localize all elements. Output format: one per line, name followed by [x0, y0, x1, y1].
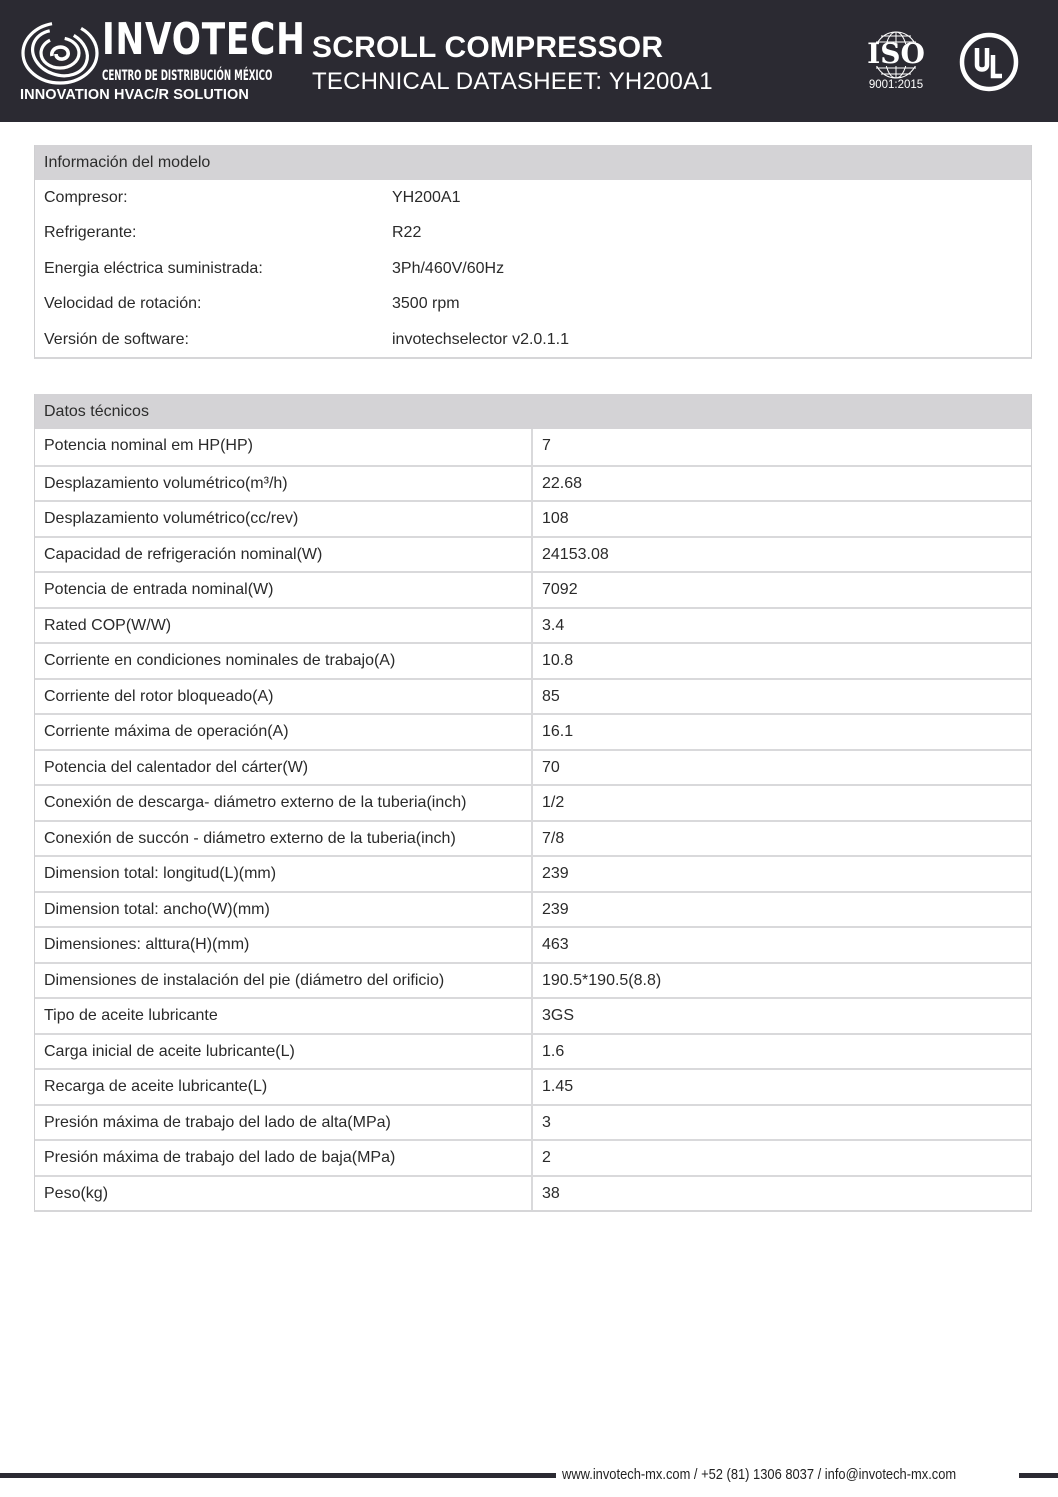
row-value: 3 — [533, 1106, 551, 1140]
brand-name: INVOTECH — [102, 16, 306, 64]
row-label: Recarga de aceite lubricante(L) — [35, 1070, 533, 1104]
row-label: Conexión de succón - diámetro externo de… — [35, 822, 533, 856]
document-title: SCROLL COMPRESSOR — [312, 32, 713, 64]
row-label: Velocidad de rotación: — [35, 295, 392, 313]
row-value: 7/8 — [533, 822, 564, 856]
table-row: Recarga de aceite lubricante(L)1.45 — [35, 1068, 1031, 1104]
row-label: Carga inicial de aceite lubricante(L) — [35, 1035, 533, 1069]
table-row: Corriente máxima de operación(A)16.1 — [35, 713, 1031, 749]
table-row: Carga inicial de aceite lubricante(L)1.6 — [35, 1033, 1031, 1069]
technical-data-heading: Datos técnicos — [35, 394, 1031, 429]
row-label: Rated COP(W/W) — [35, 609, 533, 643]
row-label: Desplazamiento volumétrico(m³/h) — [35, 467, 533, 501]
table-row: Desplazamiento volumétrico(m³/h)22.68 — [35, 465, 1031, 501]
table-row: Corriente en condiciones nominales de tr… — [35, 642, 1031, 678]
table-row: Dimensiones de instalación del pie (diám… — [35, 962, 1031, 998]
document-subtitle: TECHNICAL DATASHEET: YH200A1 — [312, 67, 713, 97]
row-label: Versión de software: — [35, 331, 392, 349]
row-label: Desplazamiento volumétrico(cc/rev) — [35, 502, 533, 536]
page-footer: www.invotech-mx.com / +52 (81) 1306 8037… — [0, 1465, 1058, 1485]
row-label: Potencia del calentador del cárter(W) — [35, 751, 533, 785]
row-value: 85 — [533, 680, 560, 714]
table-row: Conexión de descarga- diámetro externo d… — [35, 784, 1031, 820]
table-row: Refrigerante:R22 — [35, 216, 1031, 252]
row-value: 10.8 — [533, 644, 573, 678]
row-value: 1.45 — [533, 1070, 573, 1104]
row-value: 3Ph/460V/60Hz — [392, 260, 504, 278]
row-value: 24153.08 — [533, 538, 609, 572]
table-row: Dimension total: longitud(L)(mm)239 — [35, 855, 1031, 891]
row-value: 239 — [533, 893, 569, 927]
table-row: Dimensiones: alttura(H)(mm)463 — [35, 926, 1031, 962]
row-value: 22.68 — [533, 467, 582, 501]
swirl-logo-icon — [20, 20, 100, 86]
row-value: 3.4 — [533, 609, 564, 643]
technical-data-table: Datos técnicos Potencia nominal em HP(HP… — [34, 394, 1032, 1212]
row-label: Tipo de aceite lubricante — [35, 999, 533, 1033]
table-row: Rated COP(W/W)3.4 — [35, 607, 1031, 643]
row-value: 38 — [533, 1177, 560, 1211]
table-row: Presión máxima de trabajo del lado de ba… — [35, 1139, 1031, 1175]
row-value: YH200A1 — [392, 189, 461, 207]
row-value: 1.6 — [533, 1035, 564, 1069]
row-value: 7092 — [533, 573, 578, 607]
row-label: Energia eléctrica suministrada: — [35, 260, 392, 278]
table-row: Versión de software:invotechselector v2.… — [35, 322, 1031, 358]
table-row: Capacidad de refrigeración nominal(W)241… — [35, 536, 1031, 572]
row-value: 70 — [533, 751, 560, 785]
row-value: 3GS — [533, 999, 574, 1033]
brand-tagline: INNOVATION HVAC/R SOLUTION — [20, 87, 249, 103]
row-label: Capacidad de refrigeración nominal(W) — [35, 538, 533, 572]
iso-caption: 9001:2015 — [863, 79, 929, 91]
table-row: Potencia nominal em HP(HP)7 — [35, 429, 1031, 465]
row-label: Conexión de descarga- diámetro externo d… — [35, 786, 533, 820]
row-label: Compresor: — [35, 189, 392, 207]
row-label: Corriente del rotor bloqueado(A) — [35, 680, 533, 714]
table-row: Dimension total: ancho(W)(mm)239 — [35, 891, 1031, 927]
row-value: 16.1 — [533, 715, 573, 749]
row-label: Peso(kg) — [35, 1177, 533, 1211]
row-value: 108 — [533, 502, 569, 536]
row-value: 190.5*190.5(8.8) — [533, 964, 661, 998]
table-row: Energia eléctrica suministrada:3Ph/460V/… — [35, 251, 1031, 287]
row-label: Dimensiones: alttura(H)(mm) — [35, 928, 533, 962]
table-row: Tipo de aceite lubricante3GS — [35, 997, 1031, 1033]
row-label: Corriente máxima de operación(A) — [35, 715, 533, 749]
table-row: Corriente del rotor bloqueado(A)85 — [35, 678, 1031, 714]
iso-label: ISO — [865, 39, 927, 69]
row-label: Presión máxima de trabajo del lado de ba… — [35, 1141, 533, 1175]
brand-logo: INVOTECH CENTRO DE DISTRIBUCIÓN MÉXICO I… — [20, 18, 260, 108]
footer-contact: www.invotech-mx.com / +52 (81) 1306 8037… — [562, 1465, 956, 1485]
row-value: invotechselector v2.0.1.1 — [392, 331, 569, 349]
row-value: 3500 rpm — [392, 295, 460, 313]
row-label: Potencia de entrada nominal(W) — [35, 573, 533, 607]
model-info-heading: Información del modelo — [35, 145, 1031, 180]
iso-certification: ISO 9001:2015 — [863, 30, 929, 92]
row-label: Presión máxima de trabajo del lado de al… — [35, 1106, 533, 1140]
table-row: Presión máxima de trabajo del lado de al… — [35, 1104, 1031, 1140]
table-row: Peso(kg)38 — [35, 1175, 1031, 1211]
brand-subtitle: CENTRO DE DISTRIBUCIÓN MÉXICO — [102, 68, 272, 84]
document-title-block: SCROLL COMPRESSOR TECHNICAL DATASHEET: Y… — [312, 32, 713, 97]
row-value: R22 — [392, 224, 421, 242]
footer-divider-left — [0, 1473, 556, 1478]
footer-divider-right — [1019, 1473, 1058, 1478]
table-row: Potencia del calentador del cárter(W)70 — [35, 749, 1031, 785]
row-value: 239 — [533, 857, 569, 891]
table-row: Velocidad de rotación:3500 rpm — [35, 287, 1031, 323]
row-label: Dimension total: longitud(L)(mm) — [35, 857, 533, 891]
row-value: 7 — [533, 429, 551, 465]
row-value: 463 — [533, 928, 569, 962]
row-label: Potencia nominal em HP(HP) — [35, 429, 533, 465]
row-label: Dimensiones de instalación del pie (diám… — [35, 964, 533, 998]
table-row: Potencia de entrada nominal(W)7092 — [35, 571, 1031, 607]
row-value: 1/2 — [533, 786, 564, 820]
row-value: 2 — [533, 1141, 551, 1175]
row-label: Dimension total: ancho(W)(mm) — [35, 893, 533, 927]
row-label: Corriente en condiciones nominales de tr… — [35, 644, 533, 678]
page-header: INVOTECH CENTRO DE DISTRIBUCIÓN MÉXICO I… — [0, 0, 1058, 122]
table-row: Conexión de succón - diámetro externo de… — [35, 820, 1031, 856]
row-label: Refrigerante: — [35, 224, 392, 242]
table-row: Desplazamiento volumétrico(cc/rev)108 — [35, 500, 1031, 536]
model-info-table: Información del modelo Compresor:YH200A1… — [34, 145, 1032, 359]
ul-mark-icon — [958, 31, 1020, 93]
table-row: Compresor:YH200A1 — [35, 180, 1031, 216]
